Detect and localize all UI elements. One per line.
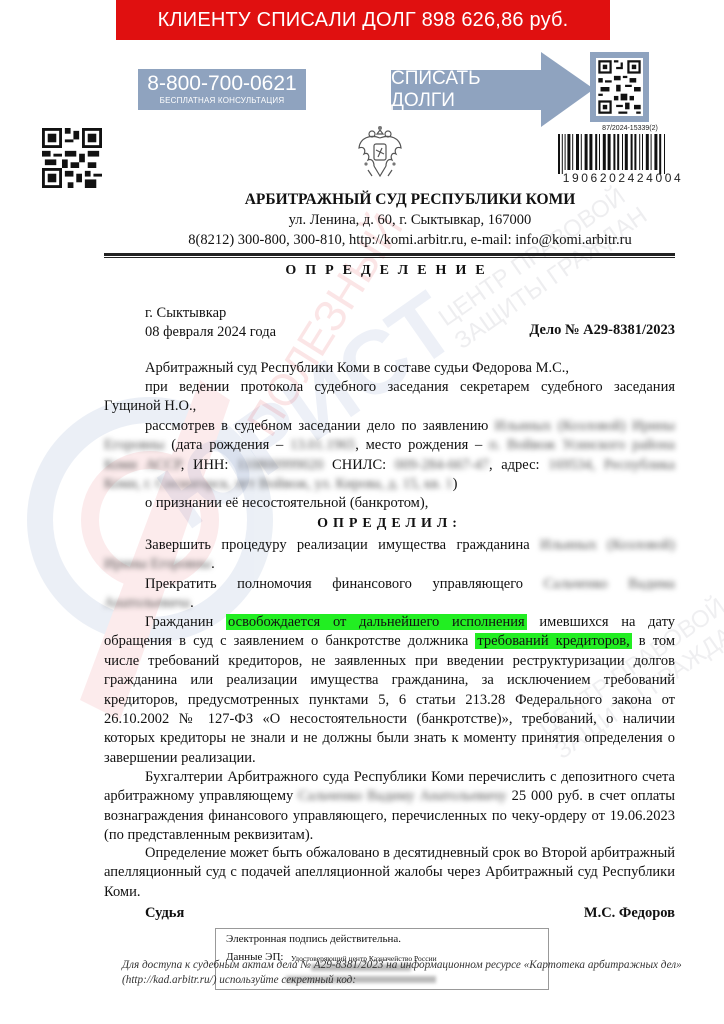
barcode-number: 1906202424004 bbox=[556, 171, 690, 185]
highlight-release: освобождается от дальнейшего исполнения bbox=[226, 614, 527, 630]
decision-1-text: Завершить процедуру реализации имущества… bbox=[145, 537, 530, 553]
decision-3-text-c: в том числе требований кредиторов, не за… bbox=[104, 633, 675, 765]
document-qr-code bbox=[42, 128, 102, 188]
signature-role: Судья bbox=[145, 905, 184, 922]
decision-5: Определение может быть обжаловано в деся… bbox=[104, 844, 675, 902]
qr-code-icon bbox=[42, 128, 102, 188]
document-date: 08 февраля 2024 года bbox=[145, 322, 276, 342]
intro-paragraph-1: Арбитражный суд Республики Коми в состав… bbox=[104, 359, 675, 378]
snils-redacted: 009-284-667-47 bbox=[395, 457, 489, 473]
decision-1: Завершить процедуру реализации имущества… bbox=[104, 536, 675, 575]
intro-paragraph-3: рассмотрев в судебном заседании дело по … bbox=[104, 417, 675, 495]
decision-2-text: Прекратить полномочия финансового управл… bbox=[145, 576, 523, 592]
coat-of-arms-icon bbox=[356, 124, 404, 182]
phone-caption: БЕСПЛАТНАЯ КОНСУЛЬТАЦИЯ bbox=[138, 96, 306, 106]
promo-banner[interactable]: КЛИЕНТУ СПИСАЛИ ДОЛГ 898 626,86 руб. bbox=[116, 0, 610, 40]
decision-3-text-a: Гражданин bbox=[145, 614, 213, 630]
paren-close: ) bbox=[453, 476, 458, 492]
phone-button[interactable]: 8-800-700-0621 БЕСПЛАТНАЯ КОНСУЛЬТАЦИЯ bbox=[138, 69, 306, 110]
decision-2: Прекратить полномочия финансового управл… bbox=[104, 575, 675, 614]
snils-label: СНИЛС: bbox=[332, 457, 386, 473]
court-header: АРБИТРАЖНЫЙ СУД РЕСПУБЛИКИ КОМИ ул. Лени… bbox=[170, 190, 650, 250]
city: г. Сыктывкар bbox=[145, 303, 226, 323]
intro-paragraph-2: при ведении протокола судебного заседани… bbox=[104, 378, 675, 417]
signature-name: М.С. Федоров bbox=[500, 905, 675, 922]
document-title: ОПРЕДЕЛЕНИЕ bbox=[104, 263, 675, 279]
applicant-intro: рассмотрев в судебном заседании дело по … bbox=[145, 418, 488, 434]
court-address: ул. Ленина, д. 60, г. Сыктывкар, 167000 bbox=[170, 210, 650, 230]
decision-4: Бухгалтерии Арбитражного суда Республики… bbox=[104, 768, 675, 846]
highlight-creditors: требований кредиторов, bbox=[475, 633, 631, 649]
inn-redacted: 110800999020 bbox=[237, 457, 323, 473]
court-name: АРБИТРАЖНЫЙ СУД РЕСПУБЛИКИ КОМИ bbox=[170, 190, 650, 210]
decision-3: Гражданин освобождается от дальнейшего и… bbox=[104, 613, 675, 768]
manager-name-redacted-2: Сальченко Вадиму Анатольевичу bbox=[298, 788, 506, 804]
write-off-debts-button[interactable]: СПИСАТЬ ДОЛГИ bbox=[391, 52, 594, 127]
court-contacts: 8(8212) 300-800, 300-810, http://komi.ar… bbox=[170, 230, 650, 250]
promo-qr-code[interactable] bbox=[590, 52, 649, 122]
address-label: , адрес: bbox=[489, 457, 540, 473]
phone-number: 8-800-700-0621 bbox=[138, 72, 306, 96]
dob-redacted: 13.01.1965 bbox=[290, 437, 355, 453]
intro-paragraph-4: о признании её несостоятельной (банкрото… bbox=[104, 494, 675, 513]
case-access-footnote: Для доступа к судебным актам дела № А29-… bbox=[122, 958, 712, 988]
qr-code-icon bbox=[596, 58, 643, 116]
case-number: Дело № А29-8381/2023 bbox=[500, 322, 675, 339]
barcode-id: 87/2024-15339(2) bbox=[570, 125, 690, 132]
decided-heading: ОПРЕДЕЛИЛ: bbox=[104, 516, 675, 532]
header-divider bbox=[104, 253, 675, 258]
pob-label: , место рождения – bbox=[355, 437, 482, 453]
e-signature-valid: Электронная подпись действительна. bbox=[226, 933, 401, 945]
dob-label: (дата рождения – bbox=[171, 437, 283, 453]
cta-label: СПИСАТЬ ДОЛГИ bbox=[391, 70, 541, 110]
inn-label: , ИНН: bbox=[181, 457, 229, 473]
barcode bbox=[556, 134, 690, 174]
